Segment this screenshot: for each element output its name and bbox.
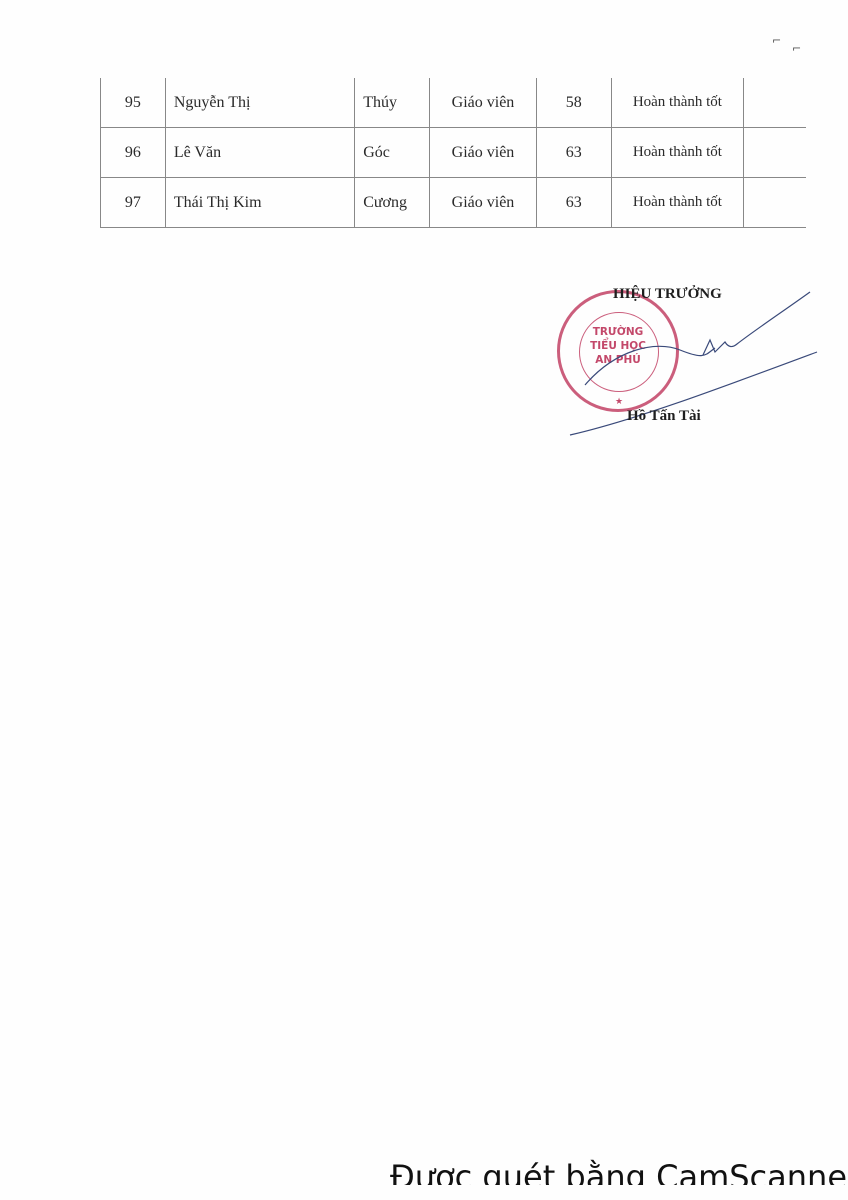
cell-position: Giáo viên: [430, 178, 537, 228]
table-row: 96 Lê Văn Góc Giáo viên 63 Hoàn thành tố…: [101, 128, 807, 178]
cell-note: [744, 178, 806, 228]
camscanner-watermark: Được quét bằng CamScanner: [390, 1145, 848, 1185]
scanned-page: ⌐ ⌐ 95 Nguyễn Thị Thúy Giáo viên 58 Hoàn…: [0, 0, 848, 1200]
cell-index: 97: [101, 178, 166, 228]
cell-age: 63: [536, 178, 611, 228]
scan-artifact-mark: ⌐: [772, 34, 781, 47]
cell-given-name: Thúy: [355, 78, 430, 128]
cell-note: [744, 128, 806, 178]
cell-result: Hoàn thành tốt: [611, 178, 744, 228]
cell-age: 58: [536, 78, 611, 128]
cell-position: Giáo viên: [430, 78, 537, 128]
cell-surname: Thái Thị Kim: [165, 178, 354, 228]
signer-name: Hồ Tấn Tài: [627, 408, 701, 425]
cell-position: Giáo viên: [430, 128, 537, 178]
scan-artifact-mark: ⌐: [792, 42, 801, 55]
cell-age: 63: [536, 128, 611, 178]
cell-surname: Nguyễn Thị: [165, 78, 354, 128]
signature-block: TRƯỜNG TIỂU HỌC AN PHÚ ★ HIỆU TRƯỞNG Hồ …: [555, 280, 825, 450]
cell-index: 96: [101, 128, 166, 178]
staff-evaluation-table: 95 Nguyễn Thị Thúy Giáo viên 58 Hoàn thà…: [100, 78, 806, 228]
cell-given-name: Cương: [355, 178, 430, 228]
cell-result: Hoàn thành tốt: [611, 78, 744, 128]
cell-note: [744, 78, 806, 128]
cell-given-name: Góc: [355, 128, 430, 178]
table-row: 95 Nguyễn Thị Thúy Giáo viên 58 Hoàn thà…: [101, 78, 807, 128]
cell-result: Hoàn thành tốt: [611, 128, 744, 178]
cell-index: 95: [101, 78, 166, 128]
cell-surname: Lê Văn: [165, 128, 354, 178]
table-row: 97 Thái Thị Kim Cương Giáo viên 63 Hoàn …: [101, 178, 807, 228]
